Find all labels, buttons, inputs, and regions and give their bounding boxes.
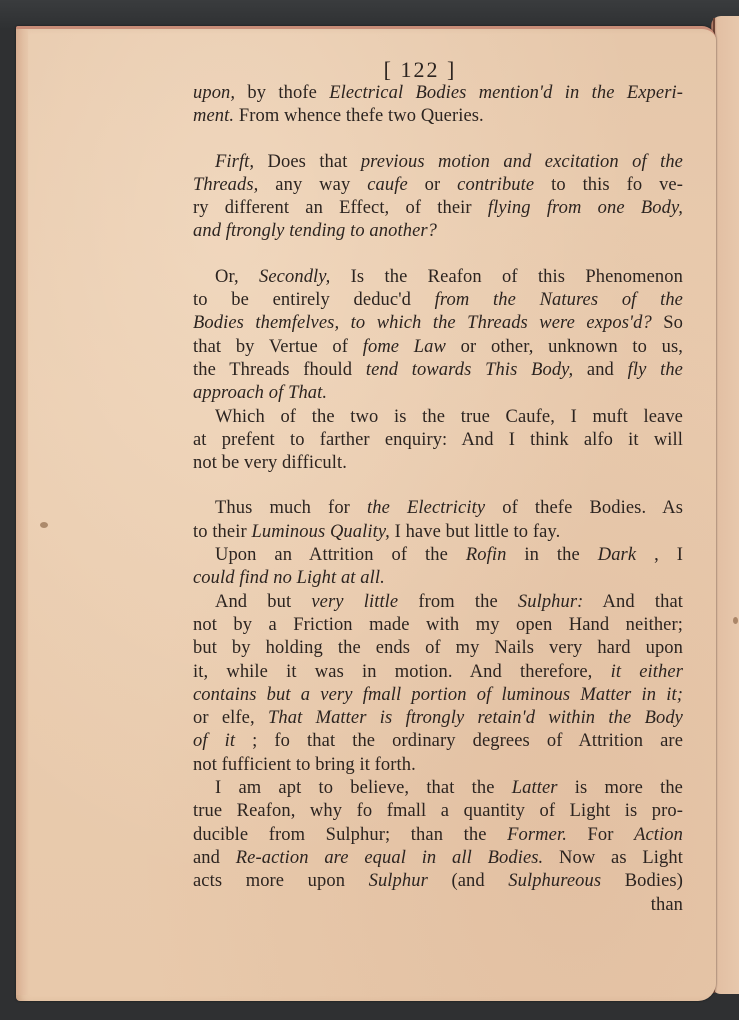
roman-text: not fufficient to bring it forth. [193, 755, 416, 775]
text-line: and Re-action are equal in all Bodies. N… [193, 847, 683, 870]
roman-text: For [567, 825, 634, 845]
roman-text: ducible from Sulphur; than the [193, 825, 507, 845]
roman-text: and [193, 848, 236, 868]
text-line: could find no Light at all. [193, 567, 683, 590]
roman-text: or other, unknown to us, [446, 337, 683, 357]
roman-text: , I [636, 545, 683, 565]
text-line: but by holding the ends of my Nails very… [193, 637, 683, 660]
text-line: contains but a very fmall portion of lum… [193, 684, 683, 707]
roman-text: and [573, 360, 627, 380]
italic-text: and ftrongly tending to another? [193, 221, 437, 241]
text-lines: upon, by thofe Electrical Bodies mention… [193, 82, 683, 917]
italic-text: Electrical Bodies mention'd in the Exper… [329, 83, 683, 103]
paragraph-gap [193, 244, 683, 266]
italic-text: Re-action are equal in all Bodies. [236, 848, 544, 868]
text-line: Which of the two is the true Caufe, I mu… [193, 406, 683, 429]
italic-text: contains but a very fmall portion of lum… [193, 685, 683, 705]
text-line: the Threads fhould tend towards This Bod… [193, 359, 683, 382]
text-line: I am apt to believe, that the Latter is … [193, 777, 683, 800]
italic-text: approach of That. [193, 383, 327, 403]
italic-text: ment. [193, 106, 234, 126]
text-line: Threads, any way caufe or contribute to … [193, 174, 683, 197]
italic-text: Rofin [466, 545, 507, 565]
text-line: and ftrongly tending to another? [193, 220, 683, 243]
text-line: Upon an Attrition of the Rofin in the Da… [193, 544, 683, 567]
roman-text: to this fo ve- [534, 175, 683, 195]
ink-stain-mark [733, 617, 738, 624]
text-line: it, while it was in motion. And therefor… [193, 661, 683, 684]
italic-text: Secondly, [259, 267, 330, 287]
text-line: Or, Secondly, Is the Reafon of this Phen… [193, 266, 683, 289]
roman-text: or [408, 175, 457, 195]
italic-text: Sulphureous [508, 871, 601, 891]
ink-stain-mark [40, 522, 48, 528]
roman-text: Does that [254, 152, 361, 172]
text-line: acts more upon Sulphur (and Sulphureous … [193, 870, 683, 893]
roman-text: to their [193, 522, 251, 542]
text-line: ment. From whence thefe two Queries. [193, 105, 683, 128]
roman-text: I am apt to believe, that the [215, 778, 512, 798]
page-number: [ 122 ] [193, 58, 683, 82]
roman-text: And but [215, 592, 311, 612]
text-line: ry different an Effect, of their flying … [193, 197, 683, 220]
roman-text: true Reafon, why fo fmall a quantity of … [193, 801, 683, 821]
italic-text: Luminous Quality, [251, 522, 389, 542]
italic-text: Threads, [193, 175, 258, 195]
roman-text: Thus much for [215, 498, 367, 518]
italic-text: tend towards This Body, [366, 360, 573, 380]
text-line: upon, by thofe Electrical Bodies mention… [193, 82, 683, 105]
italic-text: the Electricity [367, 498, 485, 518]
roman-text: by thofe [235, 83, 329, 103]
text-line: at prefent to farther enquiry: And I thi… [193, 429, 683, 452]
italic-text: it either [611, 662, 683, 682]
roman-text: not be very difficult. [193, 453, 347, 473]
roman-text: So [652, 313, 683, 333]
roman-text: of thefe Bodies. As [485, 498, 683, 518]
text-line: to their Luminous Quality, I have but li… [193, 521, 683, 544]
roman-text: not by a Friction made with my open Hand… [193, 615, 683, 635]
text-line: Bodies themfelves, to which the Threads … [193, 312, 683, 335]
roman-text: but by holding the ends of my Nails very… [193, 638, 683, 658]
roman-text: And that [583, 592, 683, 612]
roman-text: is more the [558, 778, 683, 798]
roman-text: than [651, 895, 683, 915]
roman-text: the Threads fhould [193, 360, 366, 380]
italic-text: Latter [512, 778, 558, 798]
italic-text: Dark [598, 545, 636, 565]
text-line: not fufficient to bring it forth. [193, 754, 683, 777]
roman-text: (and [428, 871, 508, 891]
roman-text: or elfe, [193, 708, 268, 728]
text-line: that by Vertue of fome Law or other, unk… [193, 336, 683, 359]
roman-text: it, while it was in motion. And therefor… [193, 662, 611, 682]
roman-text: Is the Reafon of this Phenomenon [330, 267, 683, 287]
roman-text: in the [506, 545, 597, 565]
text-line: not be very difficult. [193, 452, 683, 475]
roman-text: Now as Light [543, 848, 683, 868]
paragraph-gap [193, 129, 683, 151]
italic-text: fome Law [363, 337, 446, 357]
text-line: or elfe, That Matter is ftrongly retain'… [193, 707, 683, 730]
italic-text: contribute [457, 175, 534, 195]
roman-text: ; fo that the ordinary degrees of Attrit… [235, 731, 683, 751]
roman-text: any way [258, 175, 367, 195]
italic-text: Bodies themfelves, to which the Threads … [193, 313, 652, 333]
italic-text: That Matter is ftrongly retain'd within … [268, 708, 683, 728]
text-line: of it ; fo that the ordinary degrees of … [193, 730, 683, 753]
text-line: approach of That. [193, 382, 683, 405]
roman-text: Which of the two is the true Caufe, I mu… [215, 407, 683, 427]
roman-text: Or, [215, 267, 259, 287]
roman-text: acts more upon [193, 871, 369, 891]
italic-text: Former. [507, 825, 567, 845]
text-line: Thus much for the Electricity of thefe B… [193, 497, 683, 520]
roman-text: Bodies) [601, 871, 683, 891]
italic-text: Action [634, 825, 683, 845]
paragraph-gap [193, 475, 683, 497]
italic-text: previous motion and excitation of the [361, 152, 683, 172]
text-line: And but very little from the Sulphur: An… [193, 591, 683, 614]
roman-text: to be entirely deduc'd [193, 290, 435, 310]
text-line: Firft, Does that previous motion and exc… [193, 151, 683, 174]
roman-text: From whence thefe two Queries. [234, 106, 484, 126]
italic-text: from the Natures of the [435, 290, 683, 310]
italic-text: of it [193, 731, 235, 751]
text-line: not by a Friction made with my open Hand… [193, 614, 683, 637]
italic-text: fly the [628, 360, 683, 380]
italic-text: could find no Light at all. [193, 568, 385, 588]
text-line: true Reafon, why fo fmall a quantity of … [193, 800, 683, 823]
italic-text: Sulphur [369, 871, 428, 891]
roman-text: that by Vertue of [193, 337, 363, 357]
text-line: to be entirely deduc'd from the Natures … [193, 289, 683, 312]
page-gutter-shadow [16, 30, 28, 995]
roman-text: ry different an Effect, of their [193, 198, 488, 218]
text-line: ducible from Sulphur; than the Former. F… [193, 824, 683, 847]
italic-text: upon, [193, 83, 235, 103]
roman-text: I have but little to fay. [390, 522, 560, 542]
roman-text: from the [398, 592, 518, 612]
italic-text: Sulphur: [518, 592, 584, 612]
page-text: [ 122 ] upon, by thofe Electrical Bodies… [193, 58, 683, 917]
text-line: than [193, 894, 683, 917]
italic-text: Firft, [215, 152, 254, 172]
italic-text: caufe [367, 175, 408, 195]
italic-text: very little [311, 592, 398, 612]
italic-text: flying from one Body, [488, 198, 683, 218]
roman-text: at prefent to farther enquiry: And I thi… [193, 430, 683, 450]
roman-text: Upon an Attrition of the [215, 545, 466, 565]
